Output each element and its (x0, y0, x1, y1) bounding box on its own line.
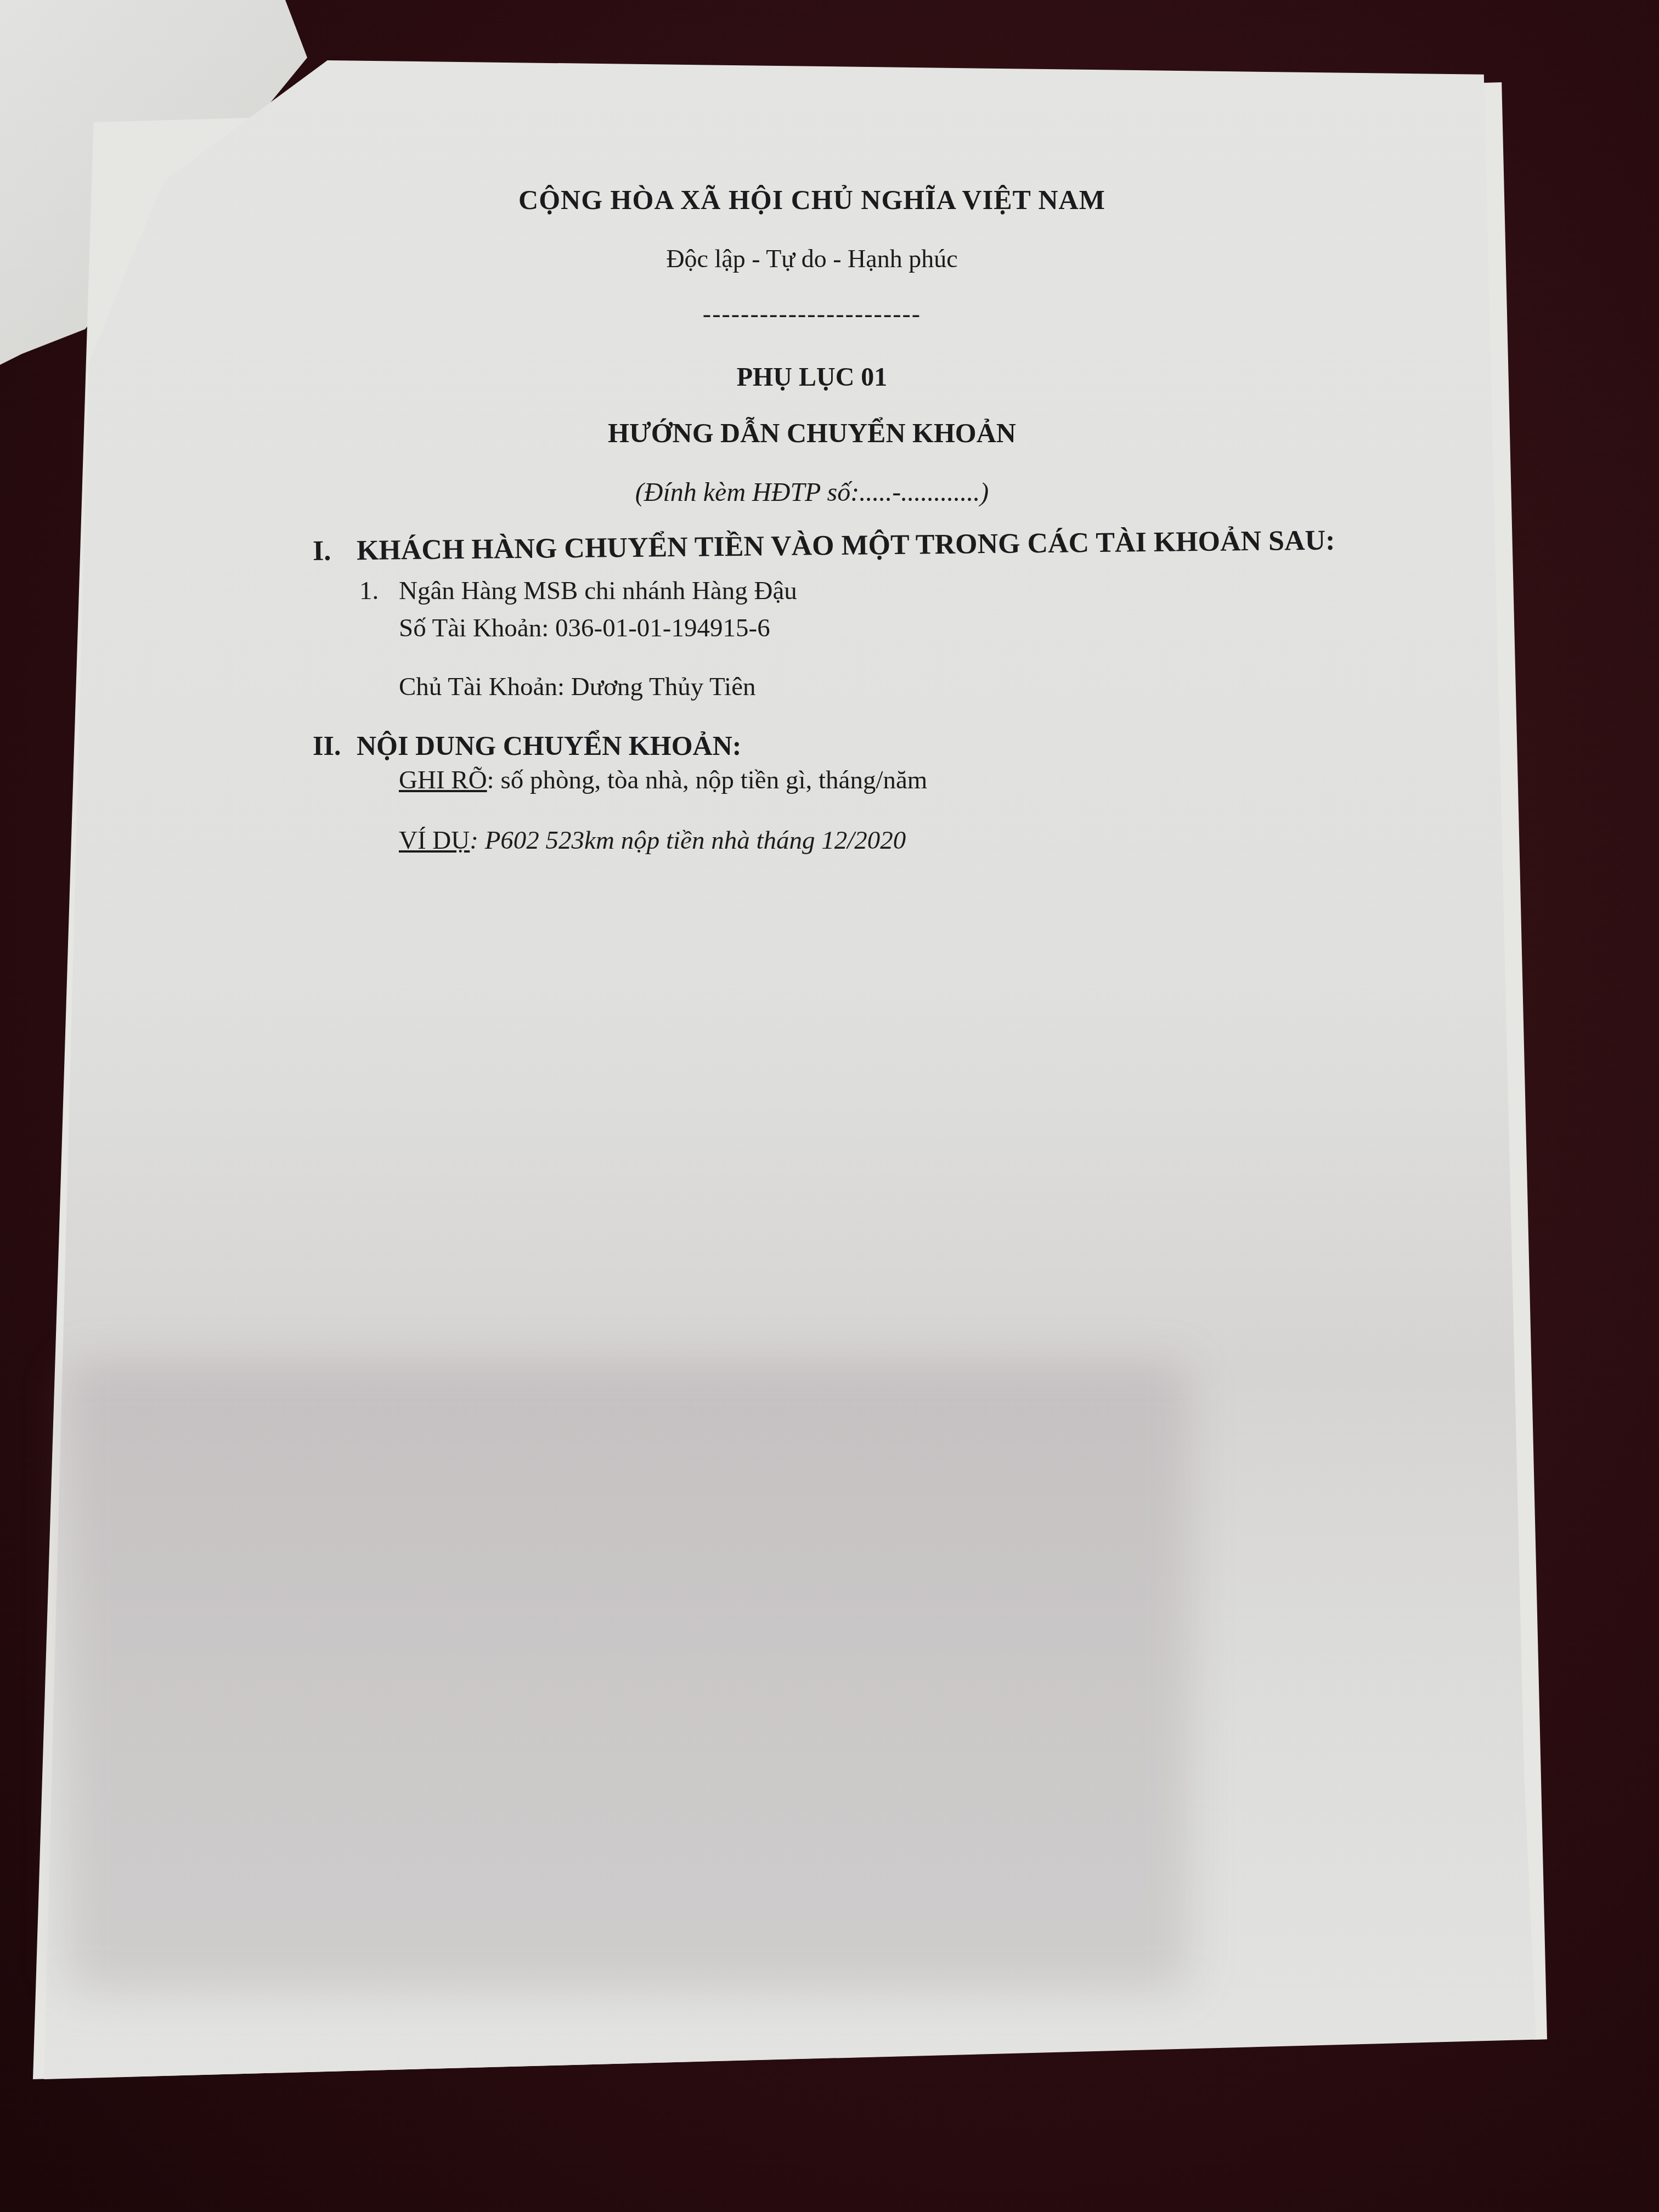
section-2-title: NỘI DUNG CHUYỂN KHOẢN: (357, 730, 741, 761)
account-item-bank: 1.Ngân Hàng MSB chi nhánh Hàng Đậu (359, 576, 797, 606)
account-number-line: Số Tài Khoản: 036-01-01-194915-6 (399, 613, 770, 643)
example-text: : P602 523km nộp tiền nhà tháng 12/2020 (470, 826, 906, 855)
national-header: CỘNG HÒA XÃ HỘI CHỦ NGHĨA VIỆT NAM (263, 184, 1361, 216)
document-title: HƯỚNG DẪN CHUYỂN KHOẢN (263, 417, 1361, 449)
attachment-note: (Đính kèm HĐTP số:.....-............) (263, 477, 1361, 507)
document-content: CỘNG HÒA XÃ HỘI CHỦ NGHĨA VIỆT NAM Độc l… (0, 0, 1659, 2212)
note-text: : số phòng, tòa nhà, nộp tiền gì, tháng/… (487, 766, 928, 794)
account-number: 036-01-01-194915-6 (555, 614, 770, 642)
section-1-number: I. (313, 534, 357, 567)
example-label: VÍ DỤ (399, 826, 470, 855)
note-label: GHI RÕ (399, 766, 487, 794)
section-1-title: KHÁCH HÀNG CHUYỂN TIỀN VÀO MỘT TRONG CÁC… (357, 524, 1335, 566)
section-2-heading: II.NỘI DUNG CHUYỂN KHOẢN: (313, 730, 741, 761)
account-holder-label: Chủ Tài Khoản: (399, 673, 565, 701)
section-1-heading: I.KHÁCH HÀNG CHUYỂN TIỀN VÀO MỘT TRONG C… (313, 524, 1335, 567)
section-2-number: II. (313, 730, 357, 761)
account-holder-line: Chủ Tài Khoản: Dương Thủy Tiên (399, 672, 756, 702)
account-number-label: Số Tài Khoản: (399, 614, 549, 642)
separator: ----------------------- (263, 299, 1361, 328)
appendix-title: PHỤ LỤC 01 (263, 362, 1361, 392)
transfer-note-line: GHI RÕ: số phòng, tòa nhà, nộp tiền gì, … (399, 765, 927, 795)
motto: Độc lập - Tự do - Hạnh phúc (263, 244, 1361, 273)
transfer-example-line: VÍ DỤ: P602 523km nộp tiền nhà tháng 12/… (399, 826, 906, 855)
bank-name: Ngân Hàng MSB chi nhánh Hàng Đậu (399, 577, 797, 605)
account-index: 1. (359, 576, 399, 606)
account-holder: Dương Thủy Tiên (571, 673, 756, 701)
